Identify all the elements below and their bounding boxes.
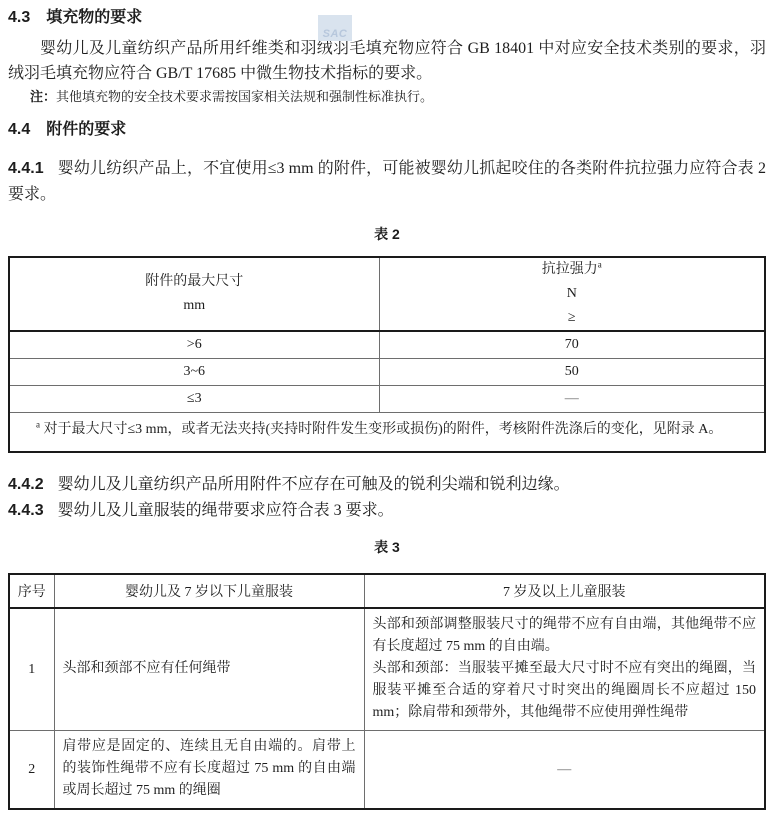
table-2-header-strength: 抗拉强力a N ≥ bbox=[379, 257, 765, 331]
table-3-header-row: 序号 婴幼儿及 7 岁以下儿童服装 7 岁及以上儿童服装 bbox=[9, 574, 765, 608]
clause-number: 4.4.3 bbox=[8, 502, 44, 519]
requirement-paragraph: 头部和颈部调整服装尺寸的绳带不应有自由端，其他绳带不应有长度超过 75 mm 的… bbox=[373, 614, 757, 658]
clause-text: 婴幼儿及儿童服装的绳带要求应符合表 3 要求。 bbox=[58, 502, 394, 519]
table-3-header-older: 7 岁及以上儿童服装 bbox=[364, 574, 765, 608]
note-4-3: 注：其他填充物的安全技术要求需按国家相关法规和强制性标准执行。 bbox=[30, 88, 766, 106]
table-row: 1 头部和颈部不应有任何绳带 头部和颈部调整服装尺寸的绳带不应有自由端，其他绳带… bbox=[9, 608, 765, 731]
clause-number: 4.4.2 bbox=[8, 476, 44, 493]
table-2-header-row: 附件的最大尺寸 mm 抗拉强力a N ≥ bbox=[9, 257, 765, 331]
table-3-header-young: 婴幼儿及 7 岁以下儿童服装 bbox=[54, 574, 364, 608]
young-requirement: 头部和颈部不应有任何绳带 bbox=[54, 608, 364, 731]
note-text: 其他填充物的安全技术要求需按国家相关法规和强制性标准执行。 bbox=[56, 89, 433, 104]
size-value: ≤3 bbox=[9, 386, 379, 413]
size-value: >6 bbox=[9, 331, 379, 359]
table-row: ≤3 — bbox=[9, 386, 765, 413]
table-2-footnote: a 对于最大尺寸≤3 mm，或者无法夹持(夹持时附件发生变形或损伤)的附件，考核… bbox=[9, 413, 765, 453]
clause-number: 4.4.1 bbox=[8, 160, 44, 177]
table-2-caption: 表 2 bbox=[8, 225, 766, 243]
section-heading-4-4: 4.4附件的要求 bbox=[8, 120, 766, 140]
clause-4-4-3: 4.4.3婴幼儿及儿童服装的绳带要求应符合表 3 要求。 bbox=[8, 501, 766, 521]
note-label: 注： bbox=[30, 89, 56, 104]
size-value: 3~6 bbox=[9, 359, 379, 386]
clause-4-4-1: 4.4.1婴幼儿纺织产品上，不宜使用≤3 mm 的附件，可能被婴幼儿抓起咬住的各… bbox=[8, 156, 766, 208]
footnote-marker: a bbox=[36, 419, 40, 429]
section-heading-4-3: 4.3填充物的要求 bbox=[8, 0, 766, 28]
section-title: 填充物的要求 bbox=[46, 9, 142, 26]
table-row: >6 70 bbox=[9, 331, 765, 359]
section-number: 4.4 bbox=[8, 121, 30, 138]
strength-value: 70 bbox=[379, 331, 765, 359]
paragraph-4-3: 婴幼儿及儿童纺织产品所用纤维类和羽绒羽毛填充物应符合 GB 18401 中对应安… bbox=[8, 36, 766, 86]
clause-4-4-2: 4.4.2婴幼儿及儿童纺织产品所用附件不应存在可触及的锐利尖端和锐利边缘。 bbox=[8, 475, 766, 495]
table-2: 附件的最大尺寸 mm 抗拉强力a N ≥ >6 70 3~6 50 ≤3 bbox=[8, 256, 766, 453]
strength-value: — bbox=[379, 386, 765, 413]
footnote-marker-sup: a bbox=[598, 259, 602, 269]
young-requirement: 肩带应是固定的、连续且无自由端的。肩带上的装饰性绳带不应有长度超过 75 mm … bbox=[54, 731, 364, 810]
requirement-paragraph: 头部和颈部：当服装平摊至最大尺寸时不应有突出的绳圈，当服装平摊至合适的穿着尺寸时… bbox=[373, 658, 757, 724]
clause-text: 婴幼儿纺织产品上，不宜使用≤3 mm 的附件，可能被婴幼儿抓起咬住的各类附件抗拉… bbox=[8, 160, 766, 203]
older-requirement: 头部和颈部调整服装尺寸的绳带不应有自由端，其他绳带不应有长度超过 75 mm 的… bbox=[364, 608, 765, 731]
strength-value: 50 bbox=[379, 359, 765, 386]
row-number: 2 bbox=[9, 731, 54, 810]
header-strength-unit: N bbox=[380, 282, 765, 306]
table-row: 2 肩带应是固定的、连续且无自由端的。肩带上的装饰性绳带不应有长度超过 75 m… bbox=[9, 731, 765, 810]
table-3: 序号 婴幼儿及 7 岁以下儿童服装 7 岁及以上儿童服装 1 头部和颈部不应有任… bbox=[8, 573, 766, 810]
document-page: SAC 4.3填充物的要求 婴幼儿及儿童纺织产品所用纤维类和羽绒羽毛填充物应符合… bbox=[0, 0, 774, 819]
header-strength-title: 抗拉强力a bbox=[380, 258, 765, 282]
section-number: 4.3 bbox=[8, 9, 30, 26]
footnote-text: a 对于最大尺寸≤3 mm，或者无法夹持(夹持时附件发生变形或损伤)的附件，考核… bbox=[36, 418, 752, 442]
table-3-caption: 表 3 bbox=[8, 538, 766, 556]
older-requirement: — bbox=[364, 731, 765, 810]
sac-watermark-text: SAC bbox=[323, 28, 348, 41]
section-title: 附件的要求 bbox=[46, 121, 126, 138]
table-row: 3~6 50 bbox=[9, 359, 765, 386]
sac-watermark: SAC bbox=[318, 15, 352, 41]
header-size-unit: mm bbox=[10, 294, 379, 318]
table-3-header-no: 序号 bbox=[9, 574, 54, 608]
table-2-header-size: 附件的最大尺寸 mm bbox=[9, 257, 379, 331]
header-strength-gte: ≥ bbox=[380, 306, 765, 330]
table-2-footnote-row: a 对于最大尺寸≤3 mm，或者无法夹持(夹持时附件发生变形或损伤)的附件，考核… bbox=[9, 413, 765, 453]
clause-text: 婴幼儿及儿童纺织产品所用附件不应存在可触及的锐利尖端和锐利边缘。 bbox=[58, 476, 570, 493]
header-size-title: 附件的最大尺寸 bbox=[10, 270, 379, 294]
row-number: 1 bbox=[9, 608, 54, 731]
